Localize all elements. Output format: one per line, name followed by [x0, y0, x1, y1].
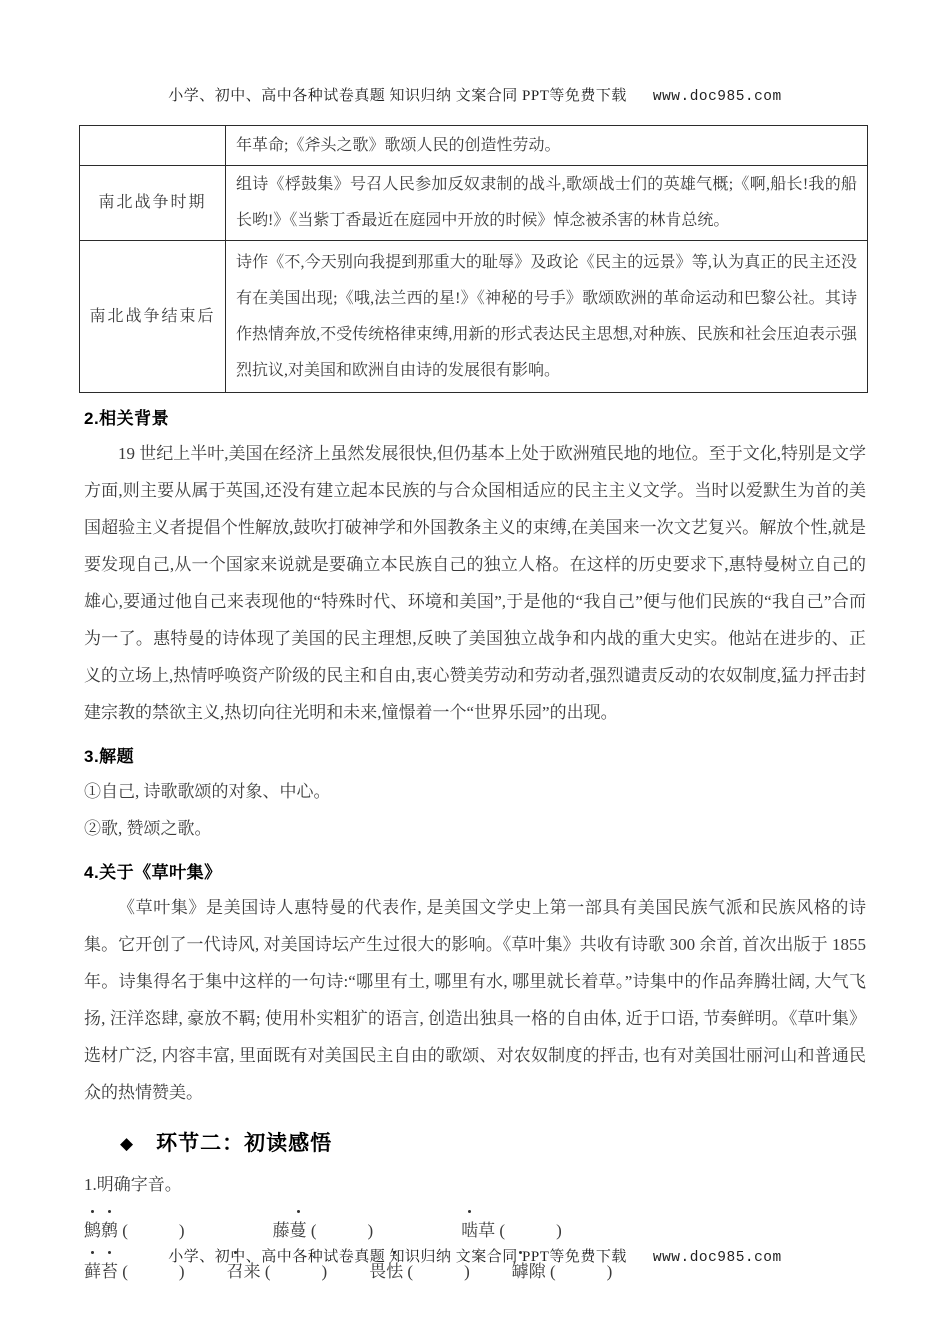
- emphasized-char: 啮: [461, 1218, 478, 1244]
- table-row: 南北战争结束后 诗作《不,今天别向我提到那重大的耻辱》及政论《民主的远景》等,认…: [80, 241, 868, 393]
- section-title-caoyeji: 4.关于《草叶集》: [84, 858, 866, 887]
- period-cell: [80, 126, 226, 166]
- answer-blank: ( ): [118, 1221, 185, 1240]
- page-header: 小学、初中、高中各种试卷真题 知识归纳 文案合同 PPT等免费下载www.doc…: [0, 84, 950, 105]
- phonetic-item: 鹪鹩 ( ): [84, 1218, 185, 1244]
- part2-heading-label: 环节二：初读感悟: [156, 1132, 332, 1155]
- page-footer: 小学、初中、高中各种试卷真题 知识归纳 文案合同 PPT等免费下载www.doc…: [0, 1245, 950, 1266]
- answer-blank: ( ): [307, 1221, 374, 1240]
- phonetic-item: 啮草 ( ): [461, 1218, 562, 1244]
- emphasized-char: 蔓: [290, 1218, 307, 1244]
- diamond-icon: ◆: [120, 1134, 134, 1153]
- header-text: 小学、初中、高中各种试卷真题 知识归纳 文案合同 PPT等免费下载: [168, 88, 627, 104]
- emphasized-char: 鹪: [84, 1218, 101, 1244]
- period-cell: 南北战争时期: [80, 166, 226, 241]
- period-cell: 南北战争结束后: [80, 241, 226, 393]
- footer-text: 小学、初中、高中各种试卷真题 知识归纳 文案合同 PPT等免费下载: [168, 1249, 627, 1265]
- section-title-jieti: 3.解题: [84, 742, 866, 771]
- description-cell: 诗作《不,今天别向我提到那重大的耻辱》及政论《民主的远景》等,认为真正的民主还没…: [226, 241, 868, 393]
- char: 藤: [273, 1218, 290, 1244]
- table-row: 年革命;《斧头之歌》歌颂人民的创造性劳动。: [80, 126, 868, 166]
- document-content: 年革命;《斧头之歌》歌颂人民的创造性劳动。 南北战争时期 组诗《桴鼓集》号召人民…: [84, 0, 866, 1285]
- char: 草: [478, 1218, 495, 1244]
- jieti-item-2: ②歌, 赞颂之歌。: [84, 810, 866, 847]
- caoyeji-paragraph: 《草叶集》是美国诗人惠特曼的代表作, 是美国文学史上第一部具有美国民族气派和民族…: [84, 889, 866, 1111]
- document-page: 小学、初中、高中各种试卷真题 知识归纳 文案合同 PPT等免费下载www.doc…: [0, 0, 950, 1344]
- part2-heading: ◆环节二：初读感悟: [120, 1127, 866, 1162]
- description-cell: 年革命;《斧头之歌》歌颂人民的创造性劳动。: [226, 126, 868, 166]
- emphasized-char: 鹩: [101, 1218, 118, 1244]
- section-title-background: 2.相关背景: [84, 404, 866, 433]
- phonetic-item: 藤蔓 ( ): [273, 1218, 374, 1244]
- footer-url: www.doc985.com: [653, 1250, 782, 1266]
- background-paragraph: 19 世纪上半叶,美国在经济上虽然发展很快,但仍基本上处于欧洲殖民地的地位。至于…: [84, 435, 866, 731]
- whitman-periods-table: 年革命;《斧头之歌》歌颂人民的创造性劳动。 南北战争时期 组诗《桴鼓集》号召人民…: [79, 125, 868, 393]
- task1-label: 1.明确字音。: [84, 1166, 866, 1203]
- description-cell: 组诗《桴鼓集》号召人民参加反奴隶制的战斗,歌颂战士们的英雄气概;《啊,船长!我的…: [226, 166, 868, 241]
- answer-blank: ( ): [495, 1221, 562, 1240]
- jieti-item-1: ①自己, 诗歌歌颂的对象、中心。: [84, 773, 866, 810]
- table-row: 南北战争时期 组诗《桴鼓集》号召人民参加反奴隶制的战斗,歌颂战士们的英雄气概;《…: [80, 166, 868, 241]
- header-url: www.doc985.com: [653, 89, 782, 105]
- phonetic-row: 鹪鹩 ( )藤蔓 ( )啮草 ( ): [84, 1207, 866, 1244]
